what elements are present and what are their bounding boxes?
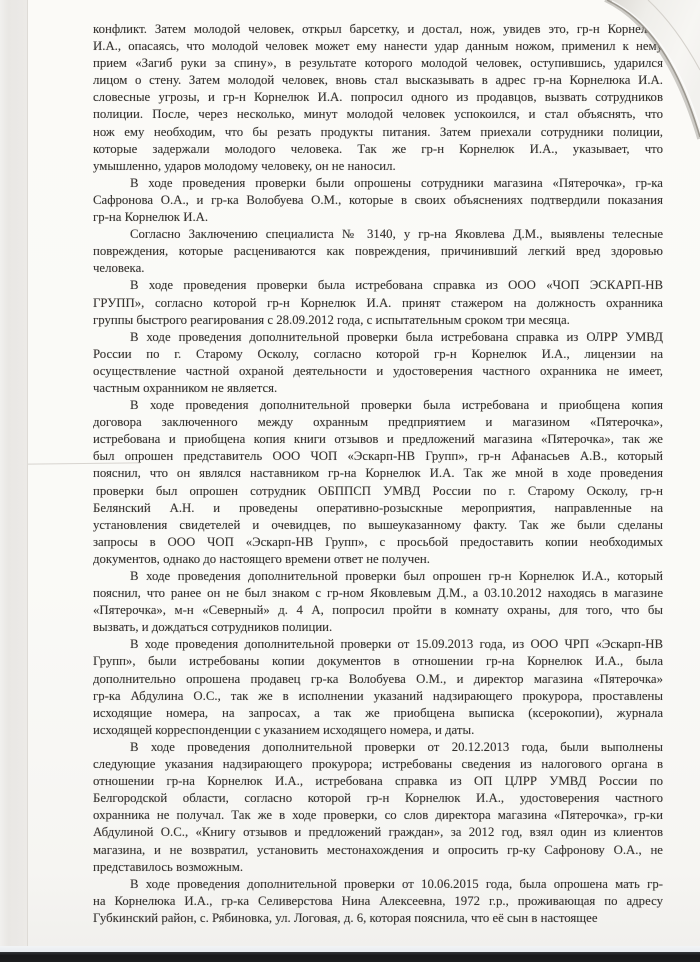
document-body: конфликт. Затем молодой человек, открыл … [93, 21, 663, 927]
text-line: осуществление частной охраной деятельнос… [93, 363, 663, 380]
text-line: магазина, и не возвратил, установить мес… [93, 842, 663, 859]
text-line: «Пятерочка», м-н «Северный» д. 4 А, попр… [93, 602, 663, 619]
text-line: гр-ка Абдулина О.С., так же в исполнении… [93, 688, 663, 705]
text-line: отношении гр-на Корнелюк И.А., истребова… [93, 773, 663, 790]
paragraph: В ходе проведения дополнительной проверк… [93, 876, 663, 927]
text-line: И.А., опасаясь, что молодой человек може… [93, 38, 663, 55]
text-line: которые задержали молодого человека. Так… [93, 141, 663, 158]
text-line: человека. [93, 260, 663, 277]
text-line: В ходе проведения дополнительной проверк… [93, 397, 663, 414]
paragraph: В ходе проведения проверки была истребов… [93, 277, 663, 328]
text-line: В ходе проведения дополнительной проверк… [93, 739, 663, 756]
paragraph: В ходе проведения дополнительной проверк… [93, 397, 663, 568]
text-line: дополнительно опрошена продавец гр-ка Во… [93, 671, 663, 688]
scanned-page: конфликт. Затем молодой человек, открыл … [0, 0, 700, 962]
paragraph: В ходе проведения дополнительной проверк… [93, 329, 663, 397]
text-line: представилось возможным. [93, 859, 663, 876]
paragraph: В ходе проведения проверки были опрошены… [93, 175, 663, 226]
text-line: пояснил, что он являлся наставником гр-н… [93, 465, 663, 482]
text-line: В ходе проведения проверки были опрошены… [93, 175, 663, 192]
text-line: Белгородской области, согласно которой г… [93, 790, 663, 807]
text-line: исходящей корреспонденции с указанием ис… [93, 722, 663, 739]
page-curl [600, 0, 700, 140]
text-line: лицом о стену. Затем молодой человек, вн… [93, 72, 663, 89]
text-line: Групп», были истребованы копии документо… [93, 653, 663, 670]
text-line: ГРУПП», согласно которой гр-н Корнелюк И… [93, 295, 663, 312]
text-line: полиции. После, через несколько, минут м… [93, 106, 663, 123]
text-line: Согласно Заключению специалиста № 3140, … [93, 226, 663, 243]
text-line: пояснил, что ранее он не был знаком с гр… [93, 585, 663, 602]
paragraph: В ходе проведения дополнительной проверк… [93, 568, 663, 636]
text-line: истребована и приобщена копия книги отзы… [93, 431, 663, 448]
text-line: повреждения, которые расцениваются как п… [93, 243, 663, 260]
text-line: частным охранником не является. [93, 380, 663, 397]
text-line: конфликт. Затем молодой человек, открыл … [93, 21, 663, 38]
text-line: следующие указания надзирающего прокурор… [93, 756, 663, 773]
paragraph: В ходе проведения дополнительной проверк… [93, 739, 663, 876]
text-line: исходящие номера, на запросах, а так же … [93, 705, 663, 722]
text-line: проверки был опрошен сотрудник ОБППСП УМ… [93, 483, 663, 500]
text-line: гр-на Корнелюк И.А. [93, 209, 663, 226]
text-line: вызвать, и дождаться сотрудников полиции… [93, 619, 663, 636]
text-line: на Корнелюка И.А., гр-ка Селиверстова Ни… [93, 893, 663, 910]
text-line: В ходе проведения дополнительной проверк… [93, 329, 663, 346]
text-line: умышленно, ударов молодому человеку, он … [93, 158, 663, 175]
text-line: Абдулиной О.С., «Книгу отзывов и предлож… [93, 824, 663, 841]
text-line: В ходе проведения дополнительной проверк… [93, 876, 663, 893]
text-line: Сафронова О.А., и гр-ка Волобуева О.М., … [93, 192, 663, 209]
text-line: словесные угрозы, и гр-н Корнелюк И.А. п… [93, 89, 663, 106]
text-line: документов, однако до настоящего времени… [93, 551, 663, 568]
text-line: В ходе проведения дополнительной проверк… [93, 636, 663, 653]
scanner-edge-strip [0, 952, 700, 962]
text-line: нож ему необходим, что бы резать продукт… [93, 124, 663, 141]
text-line: запросы в ООО ЧОП «Эскарп-НВ Групп», с п… [93, 534, 663, 551]
text-line: В ходе проведения проверки была истребов… [93, 277, 663, 294]
text-line: Губкинский район, с. Рябиновка, ул. Лого… [93, 910, 663, 927]
text-line: России по г. Старому Осколу, согласно ко… [93, 346, 663, 363]
text-line: Белянский А.Н. и проведены оперативно-ро… [93, 500, 663, 517]
text-line: установления свидетелей и очевидцев, по … [93, 517, 663, 534]
text-line: группы быстрого реагирования с 28.09.201… [93, 312, 663, 329]
paragraph: Согласно Заключению специалиста № 3140, … [93, 226, 663, 277]
text-line: В ходе проведения дополнительной проверк… [93, 568, 663, 585]
scanner-left-margin [0, 0, 27, 952]
paragraph: В ходе проведения дополнительной проверк… [93, 636, 663, 739]
paragraph: конфликт. Затем молодой человек, открыл … [93, 21, 663, 175]
text-line: был опрошен представитель ООО ЧОП «Эскар… [93, 448, 663, 465]
text-line: договора заключенного между охранным пре… [93, 414, 663, 431]
text-line: охранника не получал. Так же в ходе пров… [93, 807, 663, 824]
text-line: прием «Загиб руки за спину», в результат… [93, 55, 663, 72]
